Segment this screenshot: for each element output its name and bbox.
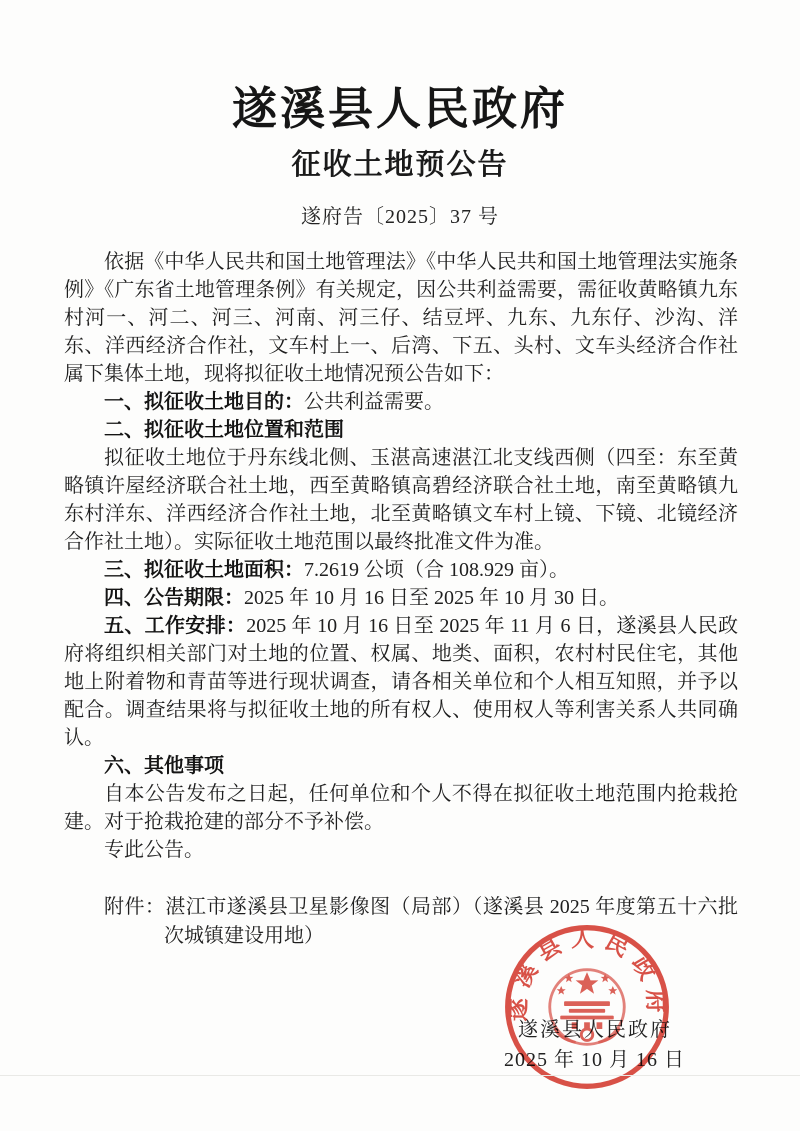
signature-date: 2025 年 10 月 16 日 xyxy=(504,1043,685,1072)
section-location-heading-text: 二、拟征收土地位置和范围 xyxy=(104,419,344,441)
section-area-text: 7.2619 公顷（合 108.929 亩）。 xyxy=(304,559,569,581)
section-purpose-text: 公共利益需要。 xyxy=(304,391,444,413)
scan-artifact-line xyxy=(0,1075,800,1076)
document-header: 遂溪县人民政府 征收土地预公告 遂府告〔2025〕37 号 xyxy=(0,0,800,229)
announcement-document: 遂溪县人民政府 征收土地预公告 遂府告〔2025〕37 号 依据《中华人民共和国… xyxy=(0,0,800,1131)
signature-issuer: 遂溪县人民政府 xyxy=(518,1013,672,1042)
section-work-label: 五、工作安排： xyxy=(104,615,246,637)
section-work: 五、工作安排：2025 年 10 月 16 日至 2025 年 11 月 6 日… xyxy=(64,612,738,752)
page-title: 遂溪县人民政府 xyxy=(0,84,800,134)
section-other-heading-text: 六、其他事项 xyxy=(104,755,224,777)
document-number: 遂府告〔2025〕37 号 xyxy=(0,200,800,229)
section-other-text: 自本公告发布之日起，任何单位和个人不得在拟征收土地范围内抢栽抢建。对于抢栽抢建的… xyxy=(64,780,738,836)
section-period-label: 四、公告期限： xyxy=(104,587,244,609)
attachment-note: 附件：湛江市遂溪县卫星影像图（局部）（遂溪县 2025 年度第五十六批次城镇建设… xyxy=(64,893,738,951)
attachment-text: 湛江市遂溪县卫星影像图（局部）（遂溪县 2025 年度第五十六批次城镇建设用地） xyxy=(164,896,738,947)
closing-line: 专此公告。 xyxy=(64,836,738,864)
section-area-label: 三、拟征收土地面积： xyxy=(104,559,304,581)
section-purpose-label: 一、拟征收土地目的： xyxy=(104,391,304,413)
document-subtitle: 征收土地预公告 xyxy=(0,149,800,182)
section-period-text: 2025 年 10 月 16 日至 2025 年 10 月 30 日。 xyxy=(244,587,619,609)
section-location-text: 拟征收土地位于丹东线北侧、玉湛高速湛江北支线西侧（四至：东至黄略镇许屋经济联合社… xyxy=(64,444,738,556)
section-period: 四、公告期限：2025 年 10 月 16 日至 2025 年 10 月 30 … xyxy=(64,584,738,612)
section-area: 三、拟征收土地面积：7.2619 公顷（合 108.929 亩）。 xyxy=(64,556,738,584)
document-body: 依据《中华人民共和国土地管理法》《中华人民共和国土地管理法实施条例》《广东省土地… xyxy=(64,248,738,864)
intro-paragraph: 依据《中华人民共和国土地管理法》《中华人民共和国土地管理法实施条例》《广东省土地… xyxy=(64,248,738,388)
attachment-label: 附件： xyxy=(104,896,165,918)
section-location-heading: 二、拟征收土地位置和范围 xyxy=(64,416,738,444)
section-purpose: 一、拟征收土地目的：公共利益需要。 xyxy=(64,388,738,416)
section-other-heading: 六、其他事项 xyxy=(64,752,738,780)
